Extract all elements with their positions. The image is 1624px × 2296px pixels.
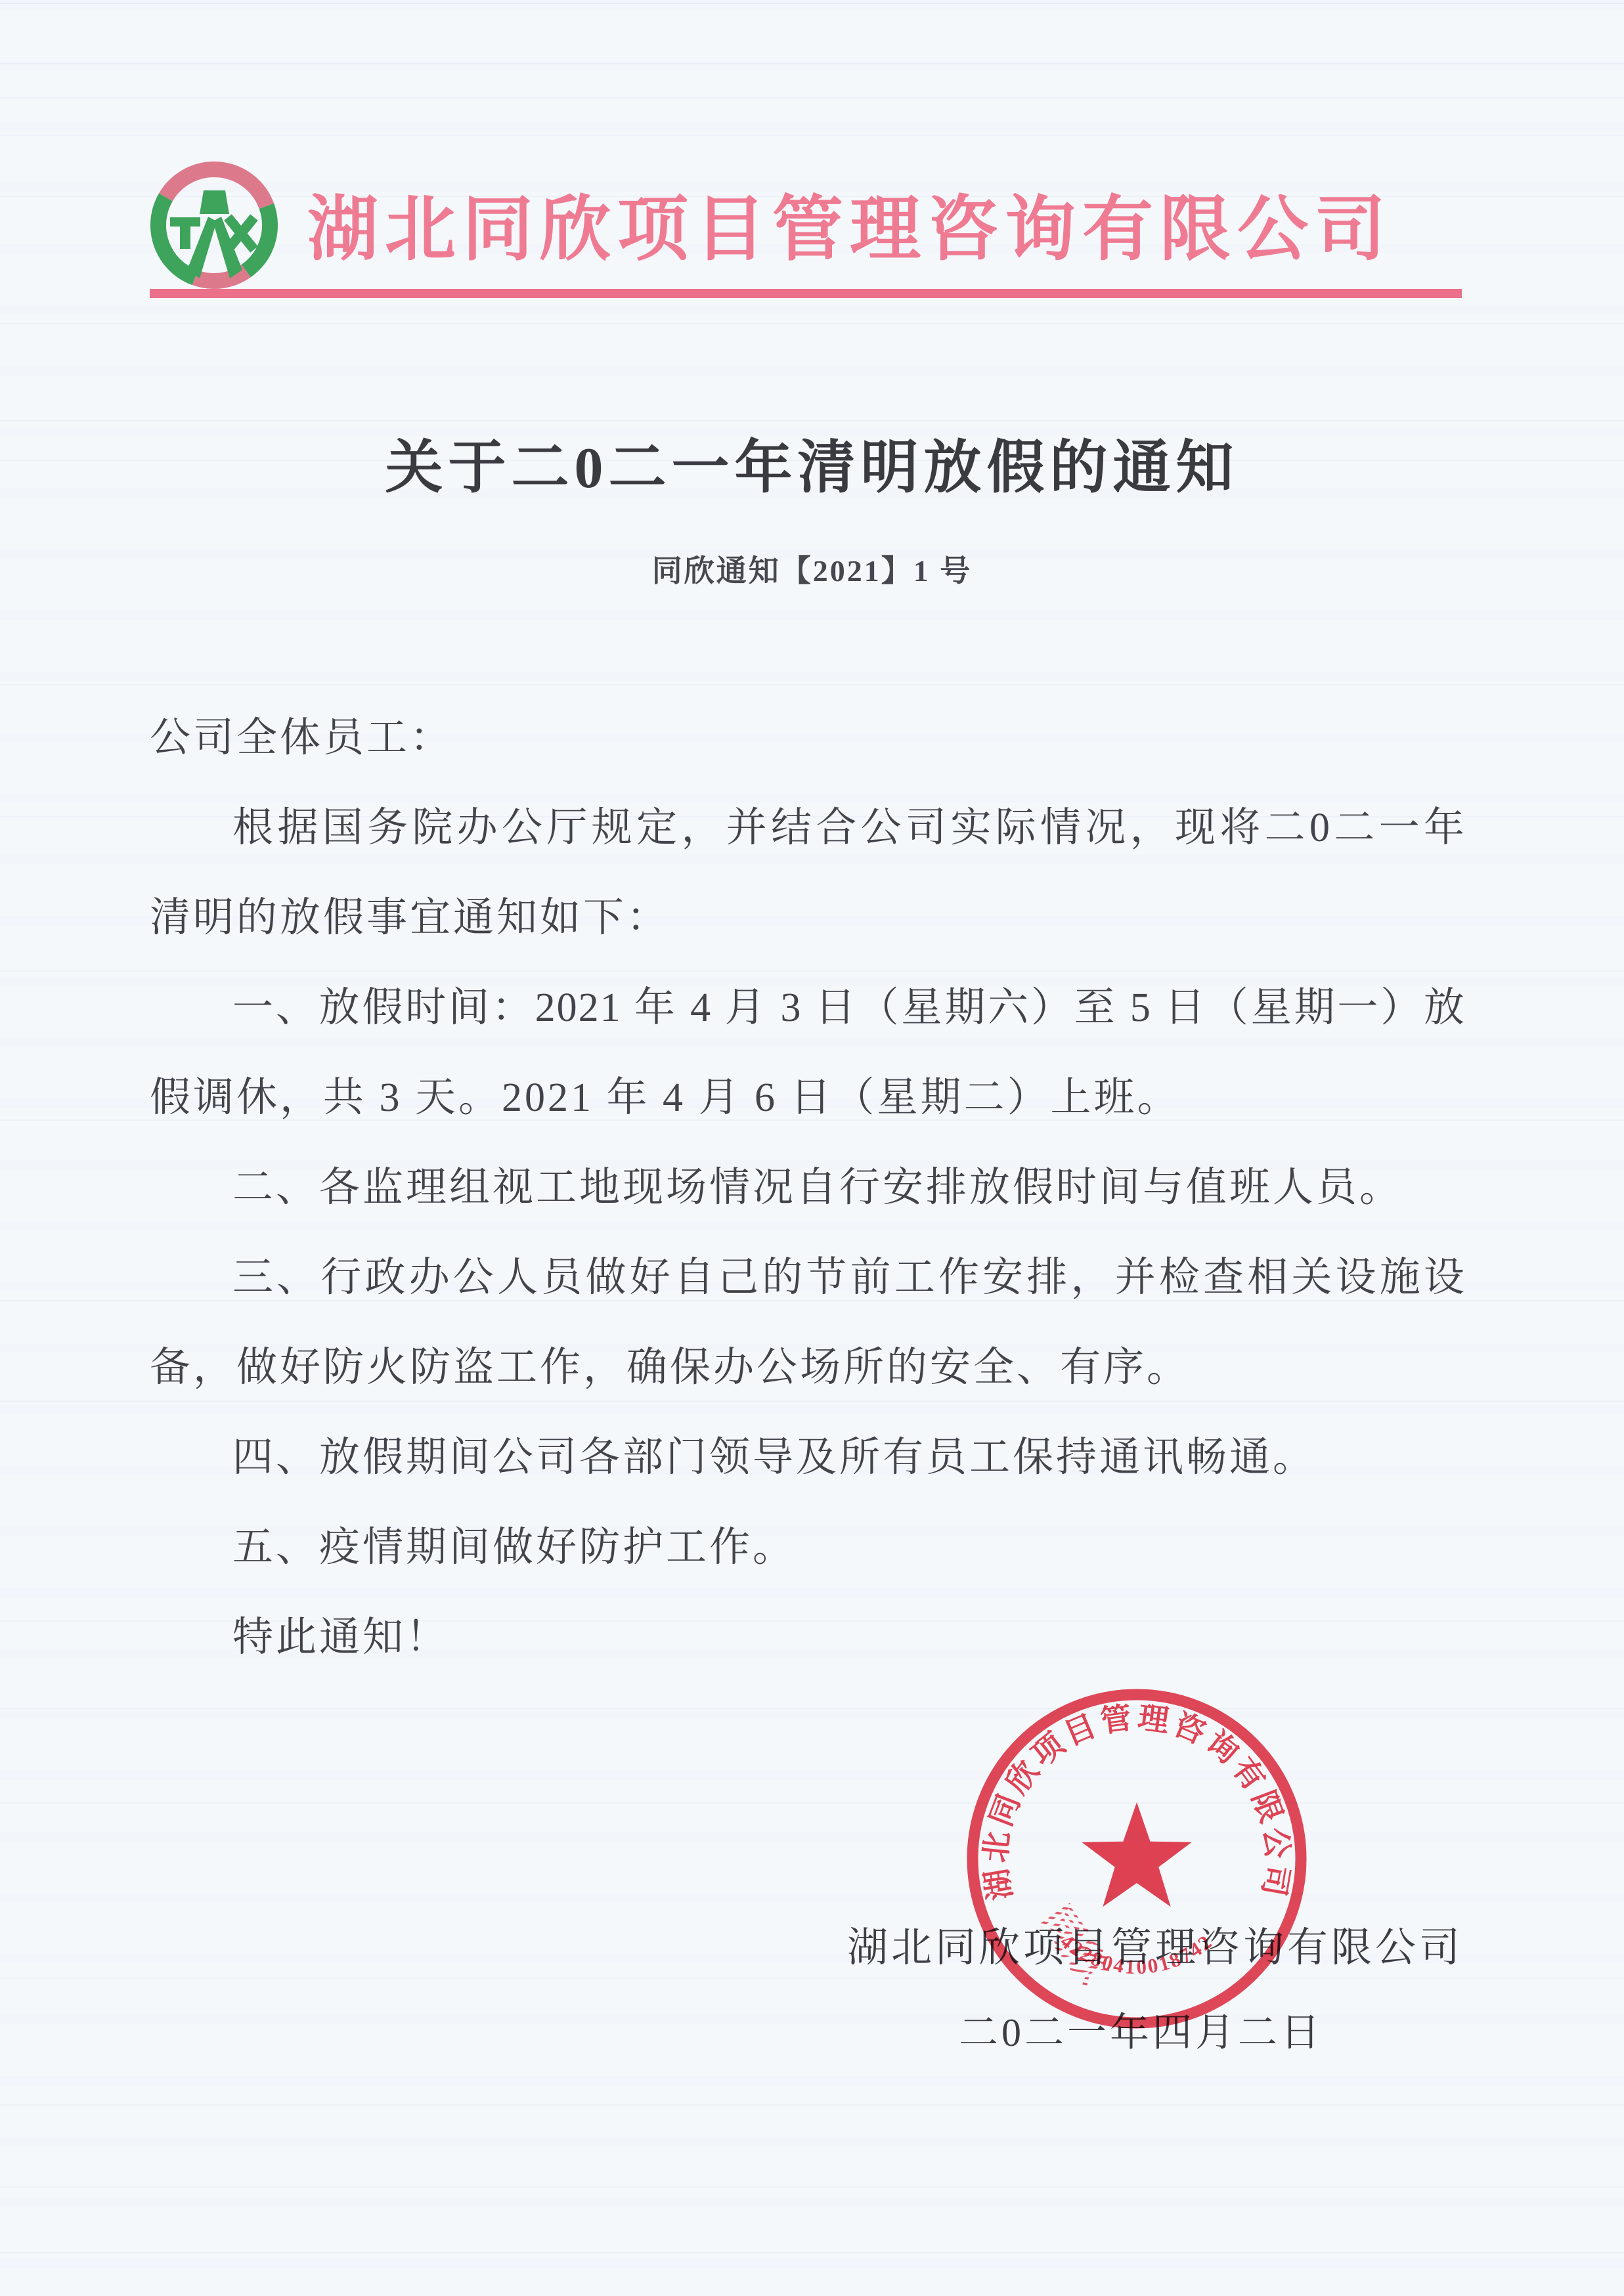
seal-hatched-overlap-marks: 同欣 bbox=[1032, 1897, 1119, 1993]
body-lines: 根据国务院办公厅规定，并结合公司实际情况，现将二0二一年清明的放假事宜通知如下：… bbox=[150, 783, 1466, 1683]
logo-letter-t bbox=[170, 217, 200, 249]
salutation: 公司全体员工： bbox=[150, 693, 1466, 783]
scan-streak-line bbox=[0, 1708, 1624, 1709]
body-line: 备，做好防火防盗工作，确保办公场所的安全、有序。 bbox=[150, 1323, 1466, 1413]
company-logo-tax-icon bbox=[148, 158, 281, 297]
notice-title: 关于二0二一年清明放假的通知 bbox=[0, 422, 1624, 504]
body-line: 假调休，共 3 天。2021 年 4 月 6 日（星期二）上班。 bbox=[150, 1053, 1466, 1143]
body-line: 四、放假期间公司各部门领导及所有员工保持通讯畅通。 bbox=[150, 1413, 1466, 1503]
scan-streak-line bbox=[0, 1802, 1624, 1804]
scan-streak-line bbox=[0, 2186, 1624, 2188]
scan-streak-line bbox=[0, 2252, 1624, 2253]
notice-doc-number: 同欣通知【2021】1 号 bbox=[0, 547, 1624, 590]
body-line: 五、疫情期间做好防护工作。 bbox=[150, 1503, 1466, 1593]
body-line: 清明的放假事宜通知如下： bbox=[150, 873, 1466, 963]
scan-streak-line bbox=[0, 97, 1624, 98]
scan-streak-line bbox=[0, 1978, 1624, 1979]
header-company-name: 湖北同欣项目管理咨询有限公司 bbox=[307, 172, 1424, 274]
body-line: 特此通知！ bbox=[150, 1593, 1466, 1683]
body-line: 三、行政办公人员做好自己的节前工作安排，并检查相关设施设 bbox=[150, 1233, 1466, 1323]
scan-streak-line bbox=[0, 63, 1624, 64]
scan-streak-line bbox=[0, 323, 1624, 324]
header-rule bbox=[150, 289, 1462, 298]
seal-star bbox=[1082, 1802, 1191, 1907]
body-line: 一、放假时间：2021 年 4 月 3 日（星期六）至 5 日（星期一）放 bbox=[150, 963, 1466, 1053]
scan-streak-line bbox=[0, 2104, 1624, 2106]
scan-streak-line bbox=[0, 3, 1624, 4]
company-seal: 湖北同欣项目管理咨询有限公司 42280410018742 同欣 bbox=[966, 1688, 1307, 2029]
scan-streak-line bbox=[0, 135, 1624, 136]
scan-streak-line bbox=[0, 684, 1624, 685]
scanned-notice-page: 湖北同欣项目管理咨询有限公司 关于二0二一年清明放假的通知 同欣通知【2021】… bbox=[0, 0, 1624, 2296]
body-line: 二、各监理组视工地现场情况自行安排放假时间与值班人员。 bbox=[150, 1143, 1466, 1233]
notice-body: 公司全体员工： 根据国务院办公厅规定，并结合公司实际情况，现将二0二一年清明的放… bbox=[150, 693, 1466, 1683]
body-line: 根据国务院办公厅规定，并结合公司实际情况，现将二0二一年 bbox=[150, 783, 1466, 873]
